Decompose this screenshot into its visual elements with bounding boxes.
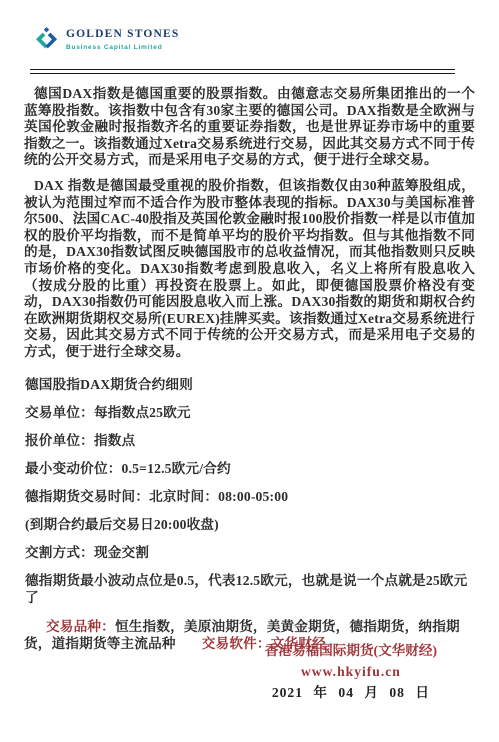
intro-paragraph-2: DAX 指数是德国最受重视的股价指数，但该指数仅由30种蓝筹股组成，被认为范围过… xyxy=(24,178,475,361)
spec-trading-hours: 德指期货交易时间：北京时间：08:00-05:00 xyxy=(25,489,475,506)
spec-expiry-note: (到期合约最后交易日20:00收盘) xyxy=(25,517,475,534)
document-page: GOLDEN STONES Business Capital Limited 德… xyxy=(0,0,499,742)
company-logo: GOLDEN STONES Business Capital Limited xyxy=(33,26,499,53)
spec-tick-explanation: 德指期货最小波动点位是0.5，代表12.5欧元，也就是说一个点就是25欧元了 xyxy=(25,573,475,606)
spec-trading-unit: 交易单位：每指数点25欧元 xyxy=(25,405,475,422)
page-header: GOLDEN STONES Business Capital Limited xyxy=(0,0,499,62)
footer-date: 2021 年 04 月 08 日 xyxy=(265,682,437,703)
signature-block: 香港易福国际期货(文华财经) www.hkyifu.cn 2021 年 04 月… xyxy=(265,640,437,703)
article-body: 德国DAX指数是德国重要的股票指数。由德意志交易所集团推出的一个蓝筹股指数。该指… xyxy=(24,86,475,653)
diamond-logo-icon xyxy=(33,26,60,53)
intro-paragraph-1: 德国DAX指数是德国重要的股票指数。由德意志交易所集团推出的一个蓝筹股指数。该指… xyxy=(24,86,475,169)
promo-software-label: 交易软件： xyxy=(202,636,271,651)
contract-spec-title: 德国股指DAX期货合约细则 xyxy=(25,377,475,394)
footer-company-name: 香港易福国际期货(文华财经) xyxy=(265,640,437,661)
promo-products-label: 交易品种： xyxy=(46,619,115,634)
logo-text: GOLDEN STONES Business Capital Limited xyxy=(66,28,180,52)
footer-website-link[interactable]: www.hkyifu.cn xyxy=(265,661,437,682)
logo-tagline: Business Capital Limited xyxy=(66,43,180,52)
spec-settlement: 交割方式：现金交割 xyxy=(25,545,475,562)
logo-company-name: GOLDEN STONES xyxy=(66,28,180,41)
spec-quote-unit: 报价单位：指数点 xyxy=(25,433,475,450)
double-divider-line xyxy=(30,69,455,74)
spec-min-tick: 最小变动价位：0.5=12.5欧元/合约 xyxy=(25,461,475,478)
